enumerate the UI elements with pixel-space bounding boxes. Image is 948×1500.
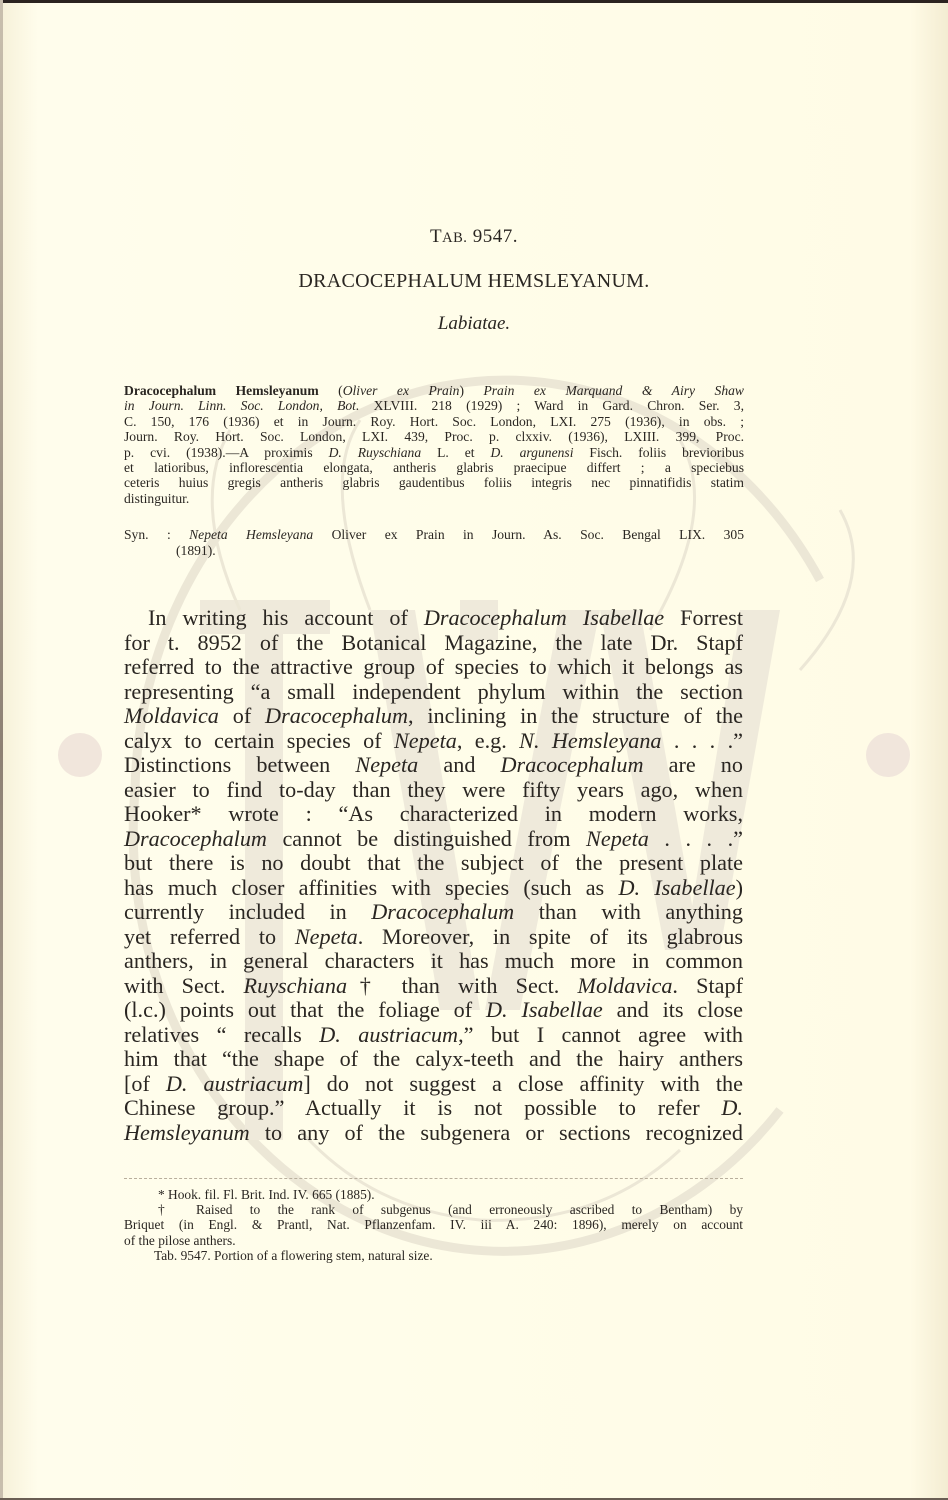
diagnosis-line: distinguitur. — [124, 491, 744, 506]
synonym-block: Syn. : Nepeta Hemsleyana Oliver ex Prain… — [124, 527, 744, 559]
body-line: Chinese group.” Actually it is not possi… — [124, 1096, 743, 1121]
document-page: TAB. 9547. DRACOCEPHALUM HEMSLEYANUM. La… — [0, 0, 948, 1500]
footnotes: * Hook. fil. Fl. Brit. Ind. IV. 665 (188… — [124, 1187, 743, 1263]
footnote-raised-line2: Briquet (in Engl. & Prantl, Nat. Pflanze… — [124, 1217, 743, 1232]
diagnosis-line: in Journ. Linn. Soc. London, Bot. XLVIII… — [124, 398, 744, 413]
body-paragraph: In writing his account of Dracocephalum … — [124, 606, 743, 1145]
diagnosis-line: ceteris huius gregis antheris glabris ga… — [124, 475, 744, 490]
diagnosis-paragraph: Dracocephalum Hemsleyanum (Oliver ex Pra… — [124, 383, 744, 506]
diagnosis-line: Journ. Roy. Hort. Soc. London, LXI. 439,… — [124, 429, 744, 444]
body-line: Hemsleyanum to any of the subgenera or s… — [124, 1121, 743, 1146]
diagnosis-line: et latioribus, inflorescentia elongata, … — [124, 460, 744, 475]
body-line: representing “a small independent phylum… — [124, 680, 743, 705]
body-line: calyx to certain species of Nepeta, e.g.… — [124, 729, 743, 754]
body-line: Dracocephalum cannot be distinguished fr… — [124, 827, 743, 852]
diagnosis-line: p. cvi. (1938).—A proximis D. Ruyschiana… — [124, 445, 744, 460]
plate-caption: Tab. 9547. Portion of a flowering stem, … — [124, 1248, 743, 1263]
body-line: currently included in Dracocephalum than… — [124, 900, 743, 925]
body-line: for t. 8952 of the Botanical Magazine, t… — [124, 631, 743, 656]
footnote-raised-line3: of the pilose anthers. — [124, 1233, 743, 1248]
body-line: referred to the attractive group of spec… — [124, 655, 743, 680]
footnote-divider — [124, 1178, 743, 1179]
page-top-edge — [0, 0, 948, 3]
footnote-hooker: * Hook. fil. Fl. Brit. Ind. IV. 665 (188… — [124, 1187, 743, 1202]
synonym-label: Syn. : — [124, 527, 189, 542]
body-line: Distinctions between Nepeta and Dracocep… — [124, 753, 743, 778]
species-title: DRACOCEPHALUM HEMSLEYANUM. — [0, 270, 948, 293]
family-name: Labiatae. — [0, 313, 948, 335]
body-line: easier to find to-day than they were fif… — [124, 778, 743, 803]
body-line: with Sect. Ruyschiana† than with Sect. M… — [124, 974, 743, 999]
synonym-citation: Oliver ex Prain in Journ. As. Soc. Benga… — [313, 527, 744, 542]
synonym-name: Nepeta Hemsleyana — [189, 527, 313, 542]
body-line: but there is no doubt that the subject o… — [124, 851, 743, 876]
body-line: Moldavica of Dracocephalum, inclining in… — [124, 704, 743, 729]
body-line: In writing his account of Dracocephalum … — [124, 606, 743, 631]
diagnosis-line: Dracocephalum Hemsleyanum (Oliver ex Pra… — [124, 383, 744, 398]
page-left-edge — [0, 0, 3, 1500]
footnote-raised-line1: † Raised to the rank of subgenus (and er… — [124, 1202, 743, 1217]
plate-number: TAB. 9547. — [0, 226, 948, 248]
body-line: anthers, in general characters it has mu… — [124, 949, 743, 974]
body-line: has much closer affinities with species … — [124, 876, 743, 901]
body-line: (l.c.) points out that the foliage of D.… — [124, 998, 743, 1023]
body-line: yet referred to Nepeta. Moreover, in spi… — [124, 925, 743, 950]
body-line: him that “the shape of the calyx-teeth a… — [124, 1047, 743, 1072]
synonym-year: (1891). — [124, 543, 744, 559]
body-line: [of D. austriacum] do not suggest a clos… — [124, 1072, 743, 1097]
body-line: relatives “ recalls D. austriacum,” but … — [124, 1023, 743, 1048]
body-line: Hooker* wrote : “As characterized in mod… — [124, 802, 743, 827]
diagnosis-line: C. 150, 176 (1936) et in Journ. Roy. Hor… — [124, 414, 744, 429]
